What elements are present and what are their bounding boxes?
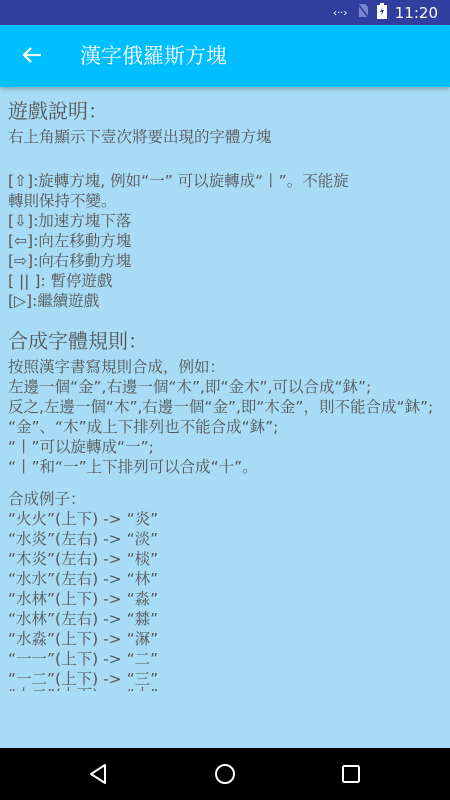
instruction-line: 右上角顯示下壹次將要出現的字體方塊 [8, 127, 272, 147]
example-line: “火火”(上下) -> “炎” [8, 509, 158, 529]
nav-back-button[interactable] [80, 756, 116, 792]
example-line: “水水”(左右) -> “林” [8, 569, 158, 589]
instructions-scroll-view[interactable]: 遊戲說明： 右上角顯示下壹次將要出現的字體方塊 [⇧]:旋轉方塊, 例如“一” … [0, 87, 450, 691]
instruction-line: [▷]:繼續遊戲 [8, 291, 99, 311]
example-line: “水炎”(左右) -> “淡” [8, 529, 158, 549]
nav-home-icon [214, 763, 236, 785]
nav-recents-button[interactable] [333, 756, 369, 792]
system-nav-bar [0, 748, 450, 800]
instruction-line: [⇩]:加速方塊下落 [8, 211, 131, 231]
nav-recents-icon [341, 764, 361, 784]
app-bar: 漢字俄羅斯方塊 [0, 25, 450, 87]
rule-line: 反之,左邊一個“木”,右邊一個“金”,即“木金”，則不能合成“鈢”; [8, 397, 433, 417]
examples-label: 合成例子： [8, 489, 86, 509]
status-icons: ‹··› 11:20 [333, 0, 438, 25]
rule-line: 左邊一個“金”,右邊一個“木”,即“金木”,可以合成“鈢”; [8, 377, 371, 397]
example-line: “水林”(左右) -> “㵘” [8, 609, 158, 629]
example-line: “丨二”(上下) -> “土” [8, 685, 158, 691]
rule-line: “丨”和“一”上下排列可以合成“十”。 [8, 457, 258, 477]
svg-text:‹··›: ‹··› [333, 8, 347, 18]
example-line: “一一”(上下) -> “二” [8, 649, 158, 669]
status-bar: ‹··› 11:20 [0, 0, 450, 25]
instruction-line: [⇨]:向右移動方塊 [8, 251, 131, 271]
arrow-left-icon [22, 46, 42, 64]
instruction-line: [⇧]:旋轉方塊, 例如“一” 可以旋轉成“丨”。不能旋 [8, 171, 349, 191]
nav-home-button[interactable] [207, 756, 243, 792]
rule-line: “丨”可以旋轉成“一”; [8, 437, 154, 457]
example-line: “水淼”(上下) -> “𣺉” [8, 629, 158, 649]
clock: 11:20 [395, 4, 438, 22]
app-title: 漢字俄羅斯方塊 [80, 25, 227, 87]
rule-line: “金”、“木”成上下排列也不能合成“鈢”; [8, 417, 278, 437]
example-line: “木炎”(左右) -> “棪” [8, 549, 158, 569]
battery-charging-icon [377, 3, 387, 23]
no-sim-icon [357, 3, 369, 22]
instruction-line: [⇦]:向左移動方塊 [8, 231, 131, 251]
instruction-line: [ || ]: 暫停遊戲 [8, 271, 113, 291]
instructions-title: 遊戲說明： [8, 95, 108, 124]
nav-back-icon [88, 763, 108, 785]
back-button[interactable] [14, 37, 50, 73]
rule-line: 按照漢字書寫規則合成，例如： [8, 357, 225, 377]
instruction-line: 轉則保持不變。 [8, 191, 117, 211]
example-line: “水林”(上下) -> “淼” [8, 589, 158, 609]
rules-title: 合成字體規則： [8, 325, 148, 354]
data-transfer-icon: ‹··› [333, 4, 349, 22]
